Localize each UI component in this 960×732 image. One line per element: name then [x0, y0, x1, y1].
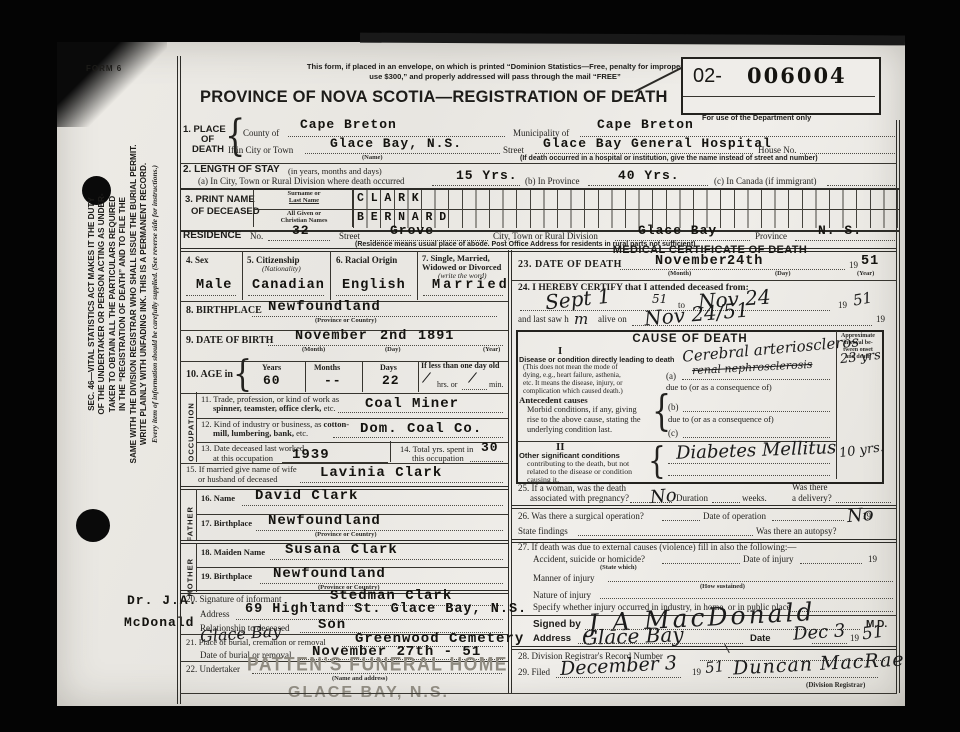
rule: [180, 162, 897, 164]
cause-due1-label: due to (or as a consequence of): [666, 382, 772, 392]
dotted-leader: [186, 294, 236, 296]
s6-label: 6. Racial Origin: [336, 255, 397, 265]
s27-yr-printed: 19: [868, 554, 877, 564]
dotted-leader: [462, 388, 487, 390]
s9-label: 9. DATE OF BIRTH: [186, 335, 273, 346]
dotted-leader: [728, 676, 878, 678]
dotted-leader: [827, 184, 895, 186]
s10-years-label: Years: [262, 363, 281, 372]
antecedent-note-3: underlying condition last.: [527, 425, 612, 434]
dotted-leader: [305, 152, 500, 154]
s8-sub: (Province or Country): [315, 317, 377, 324]
dotted-leader: [800, 152, 895, 154]
p2-brace: {: [648, 439, 666, 482]
s12-label-a-bold: cotton-: [324, 419, 350, 429]
s25-duration-label: Duration: [676, 493, 708, 503]
signed-address-label: Address: [533, 633, 571, 644]
dotted-leader: [333, 436, 503, 438]
father-group-label: FATHER: [186, 494, 195, 542]
s22-sub: (Name and address): [332, 675, 388, 682]
dotted-leader: [256, 529, 503, 531]
rule: [242, 251, 243, 300]
rule: [180, 692, 897, 694]
undertaker-stamp-line1: PATTEN’S FUNERAL HOME: [247, 653, 508, 676]
s17-sub: (Province or Country): [315, 531, 377, 538]
spouse-value: Lavinia Clark: [320, 465, 442, 481]
dotted-leader: [668, 462, 830, 464]
marital-status-value: Married: [432, 278, 510, 293]
s25-weeks-label: weeks.: [742, 493, 767, 503]
s15-label-2: or husband of deceased: [198, 474, 278, 484]
s1-note: (If death occurred in a hospital or inst…: [520, 155, 818, 162]
s25-delivery-label: a delivery?: [792, 493, 832, 503]
serial-box-divider: [683, 95, 875, 97]
signed-by-label: Signed by: [533, 619, 581, 630]
dotted-leader: [630, 501, 672, 503]
occupation-value: Coal Miner: [365, 396, 459, 412]
cause-p1-note-3: etc. It means the disease, injury, or: [523, 379, 623, 387]
signed-date-label: Date: [750, 633, 771, 644]
residence-division-label: City, Town or Rural Division: [493, 231, 598, 241]
sidebar-line: IN THE “REGISTRATION OF DEATH” AND TO FI…: [118, 134, 128, 474]
s10-months-label: Months: [314, 363, 340, 372]
sidebar-line: SAME WITH THE DIVISION REGISTRAR WHO SHA…: [129, 134, 139, 474]
cause-b-label: (b): [668, 402, 679, 412]
s3-label-1: 3. PRINT NAME: [185, 194, 255, 205]
rule: [330, 251, 331, 300]
dotted-leader: [836, 501, 891, 503]
birth-day-value: 2nd: [380, 329, 407, 344]
s3-label-2: OF DECEASED: [191, 206, 260, 217]
father-name-value: David Clark: [255, 488, 358, 504]
dotted-leader: [795, 239, 895, 241]
mother-group-label: MOTHER: [186, 545, 195, 597]
dotted-leader: [423, 294, 503, 296]
attended-to-year-hw: 51: [852, 288, 874, 309]
surname-label-1: Surname or: [258, 190, 350, 197]
column-divider-rule: [508, 250, 512, 693]
dotted-leader: [682, 378, 830, 380]
dotted-leader: [535, 152, 753, 154]
dept-note: For use of the Department only: [702, 113, 811, 122]
s12-label-etc: etc.: [294, 428, 308, 438]
occupation-group-label: OCCUPATION: [187, 392, 196, 462]
s23-year-sub: (Year): [857, 270, 874, 277]
s2a-value: 15 Yrs.: [456, 168, 518, 183]
city-sub: (Name): [362, 154, 383, 161]
serial-prefix: 02-: [693, 65, 722, 88]
s27-howsustained-sub: (How sustained): [700, 583, 745, 590]
dotted-leader: [620, 268, 845, 270]
s10-label: 10. AGE in: [186, 369, 233, 380]
cause-p1-note-4: complication which caused death.): [523, 387, 623, 395]
antecedent-label: Antecedent causes: [519, 395, 588, 405]
s20-address-label: Address: [200, 609, 230, 619]
s19-label: 19. Birthplace: [201, 571, 252, 581]
municipality-value: Cape Breton: [597, 117, 694, 132]
sidebar-italic-note: Every item of information should be care…: [149, 134, 160, 474]
death-day-value: 24th: [727, 254, 763, 269]
s22-label: 22. Undertaker: [186, 664, 240, 674]
mother-birthplace-value: Newfoundland: [273, 566, 386, 582]
sidebar-line: OF THE UNDERTAKER OR PERSON ACTING AS UN…: [97, 134, 107, 474]
dotted-leader: [578, 534, 753, 536]
s26-dateop-label: Date of operation: [703, 511, 766, 521]
dotted-leader: [662, 519, 700, 521]
dotted-leader: [662, 562, 740, 564]
given-label-1: All Given or: [258, 210, 350, 217]
s2a-label: (a) In City, Town or Rural Division wher…: [198, 176, 405, 186]
father-birthplace-value: Newfoundland: [268, 513, 381, 529]
residence-no-label: No.: [250, 231, 263, 241]
residence-label: RESIDENCE: [183, 230, 241, 241]
signed-year-hw: 51: [861, 622, 885, 645]
dotted-leader: [260, 582, 503, 584]
dotted-leader: [248, 294, 324, 296]
antecedent-note-2: rise to the above cause, stating the: [527, 415, 641, 424]
s25-wasthere-label: Was there: [792, 482, 828, 492]
cause-p1-note-1: (This does not mean the mode of: [523, 363, 618, 371]
rule: [512, 279, 897, 281]
rule: [418, 361, 419, 392]
age-years-value: 60: [263, 373, 281, 388]
s10-less-label: If less than one day old: [421, 361, 499, 370]
rule: [362, 361, 363, 392]
residence-street-label: Street: [339, 231, 360, 241]
sidebar-line: SEC. 46—VITAL STATISTICS ACT MAKES IT TH…: [87, 134, 97, 474]
sidebar-line: WRITE PLAINLY WITH UNFADING INK. THIS IS…: [139, 134, 149, 474]
s23-label: 23. DATE OF DEATH: [518, 259, 622, 270]
s27-statewhich-sub: (State which): [600, 564, 637, 571]
s12-label-2: mill, lumbering, bank, etc.: [213, 428, 308, 438]
surname-label-2: Last Name: [258, 197, 350, 204]
s24-lastsaw-label-2: alive on: [598, 314, 627, 324]
s2c-label: (c) In Canada (if immigrant): [714, 176, 816, 186]
s11-label-2: spinner, teamster, office clerk, etc.: [213, 403, 336, 413]
surname-letter-boxes: [353, 190, 899, 209]
dotted-leader: [338, 411, 503, 413]
s24-yr-printed: 19: [838, 300, 847, 310]
form-number: FORM 6: [86, 64, 122, 73]
s2-sub: (in years, months and days): [288, 166, 382, 176]
cause-a-label: (a): [666, 371, 676, 381]
house-no-label: House No.: [758, 145, 797, 155]
serial-number: 006004: [747, 63, 847, 88]
s10-min-label: min.: [489, 380, 503, 389]
s2-label: 2. LENGTH OF STAY: [183, 164, 280, 175]
s23-month-sub: (Month): [668, 270, 691, 277]
dotted-leader: [336, 294, 411, 296]
s8-label: 8. BIRTHPLACE: [186, 305, 262, 316]
s9-month-sub: (Month): [302, 346, 325, 353]
residence-no-value: 32: [292, 223, 310, 238]
heavy-rule: [512, 646, 897, 650]
s10-hrs-label: hrs. or: [437, 380, 457, 389]
serial-box: 02- 006004: [681, 57, 881, 115]
cause-p1-note-2: dying, e.g., heart failure, asthenia,: [523, 371, 621, 379]
cause-due2-label: due to (or as a consequence of): [668, 414, 774, 424]
margin-annotation-line2: McDonald: [124, 615, 194, 630]
dotted-leader: [632, 324, 872, 326]
dotted-leader: [812, 642, 847, 644]
residence-street-value: Grove: [390, 223, 434, 238]
age-days-value: 22: [382, 373, 400, 388]
s2b-label: (b) In Province: [525, 176, 579, 186]
cause-c-label: (c): [668, 428, 678, 438]
surname-value: CLARK: [357, 192, 426, 205]
punch-hole-bottom: [76, 509, 110, 542]
s27-manner-label: Manner of injury: [533, 573, 594, 583]
heavy-rule: [512, 505, 897, 509]
mother-name-value: Susana Clark: [285, 542, 398, 558]
s1-label-3: DEATH: [192, 144, 224, 155]
informant-address-value: 69 Highland St. Glace Bay, N.S.: [245, 602, 527, 617]
dotted-leader: [300, 481, 503, 483]
s29-yr-printed: 19: [692, 667, 701, 677]
birthplace-value: Newfoundland: [268, 299, 381, 315]
citizenship-value: Canadian: [252, 278, 325, 293]
death-year-value: 51: [861, 254, 879, 269]
s23-day-sub: (Day): [775, 270, 791, 277]
street-label: Street: [503, 145, 524, 155]
dotted-leader: [242, 504, 503, 506]
s26-label: 26. Was there a surgical operation?: [518, 511, 644, 521]
s11-label-etc: etc.: [321, 403, 335, 413]
sidebar-vertical-text: SEC. 46—VITAL STATISTICS ACT MAKES IT TH…: [87, 134, 171, 474]
s9-day-sub: (Day): [385, 346, 401, 353]
s24-yr2-printed: 19: [876, 314, 885, 324]
county-value: Cape Breton: [300, 117, 397, 132]
death-month-value: November: [655, 254, 728, 269]
dotted-leader: [600, 597, 893, 599]
s25-label-1: 25. If a woman, was the death: [518, 483, 626, 493]
street-value: Glace Bay General Hospital: [543, 136, 772, 151]
s27-dateinjury-label: Date of injury: [743, 554, 793, 564]
dotted-leader: [668, 474, 830, 476]
mail-note-line2: use $300,” and properly addressed will p…: [235, 72, 755, 81]
s11-label-bold: spinner, teamster, office clerk,: [213, 403, 321, 413]
city-value: Glace Bay, N.S.: [330, 136, 462, 151]
s13-label-1: 13. Date deceased last worked: [201, 443, 304, 453]
yrs-in-occupation-value: 30: [481, 440, 499, 455]
birth-month-value: November: [295, 329, 368, 344]
dotted-leader: [268, 239, 330, 241]
s27-accident-label: Accident, suicide or homicide?: [533, 554, 645, 564]
form-title: PROVINCE OF NOVA SCOTIA—REGISTRATION OF …: [200, 88, 650, 107]
s2b-value: 40 Yrs.: [618, 168, 680, 183]
dotted-leader: [432, 184, 520, 186]
dotted-leader: [712, 501, 740, 503]
dotted-leader: [608, 580, 893, 582]
stub-divider-rule: [177, 56, 181, 704]
s25-label-2: associated with pregnancy?: [530, 493, 629, 503]
s12-label-bold: mill, lumbering, bank,: [213, 428, 294, 438]
dotted-leader: [270, 558, 503, 560]
rule: [390, 441, 391, 462]
s9-year-sub: (Year): [483, 346, 500, 353]
autopsy-no-hw: No: [846, 504, 874, 527]
s23-yr-printed: 19: [849, 260, 858, 270]
rule: [196, 392, 197, 462]
dotted-leader: [772, 519, 844, 521]
s24-lastsaw-label-1: and last saw h: [518, 314, 569, 324]
racial-origin-value: English: [342, 278, 406, 293]
s29-sub: (Division Registrar): [806, 681, 865, 689]
antecedent-note-1: Morbid conditions, if any, giving: [527, 405, 637, 414]
rule: [417, 251, 418, 300]
s4-label: 4. Sex: [186, 255, 209, 265]
city-label: If in City or Town: [228, 145, 293, 155]
dotted-leader: [800, 562, 862, 564]
s26-findings-label: State findings: [518, 526, 568, 536]
s16-label: 16. Name: [201, 493, 235, 503]
s27-nature-label: Nature of injury: [533, 590, 591, 600]
lastsaw-him-hw: m: [574, 310, 588, 328]
dotted-leader: [588, 184, 708, 186]
dotted-leader: [556, 676, 681, 678]
s5-sub: (Nationality): [262, 264, 301, 273]
sidebar-line: TAKER TO OBTAIN ALL THE PARTICULARS REQU…: [108, 134, 118, 474]
industry-value: Dom. Coal Co.: [360, 421, 482, 437]
rule: [196, 489, 197, 541]
filed-year-hw: 51: [704, 657, 725, 677]
residence-division-value: Glace Bay: [638, 223, 717, 238]
sex-value: Male: [196, 278, 232, 293]
corner-shadow: [57, 42, 167, 127]
county-label: County of: [243, 128, 279, 138]
s26-autopsy-label: Was there an autopsy?: [756, 526, 837, 536]
s29-filed-label: 29. Filed: [518, 667, 550, 677]
s17-label: 17. Birthplace: [201, 518, 252, 528]
s15-label-1: 15. If married give name of wife: [186, 464, 297, 474]
dotted-leader: [683, 410, 830, 412]
birth-year-value: 1891: [418, 329, 454, 344]
s18-label: 18. Maiden Name: [201, 547, 265, 557]
residence-province-value: N. S.: [818, 223, 862, 238]
signed-yr-printed: 19: [850, 633, 859, 643]
s10-days-label: Days: [380, 363, 397, 372]
death-registration-scan: FORM 6 SEC. 46—VITAL STATISTICS ACT MAKE…: [0, 0, 960, 732]
dotted-leader: [236, 618, 503, 620]
age-months-value: --: [324, 373, 342, 388]
s10-brace: {: [233, 354, 252, 396]
rule: [305, 361, 306, 392]
dotted-leader: [578, 642, 743, 644]
s27-label: 27. If death was due to external causes …: [518, 542, 796, 552]
residence-province-label: Province: [755, 231, 787, 241]
